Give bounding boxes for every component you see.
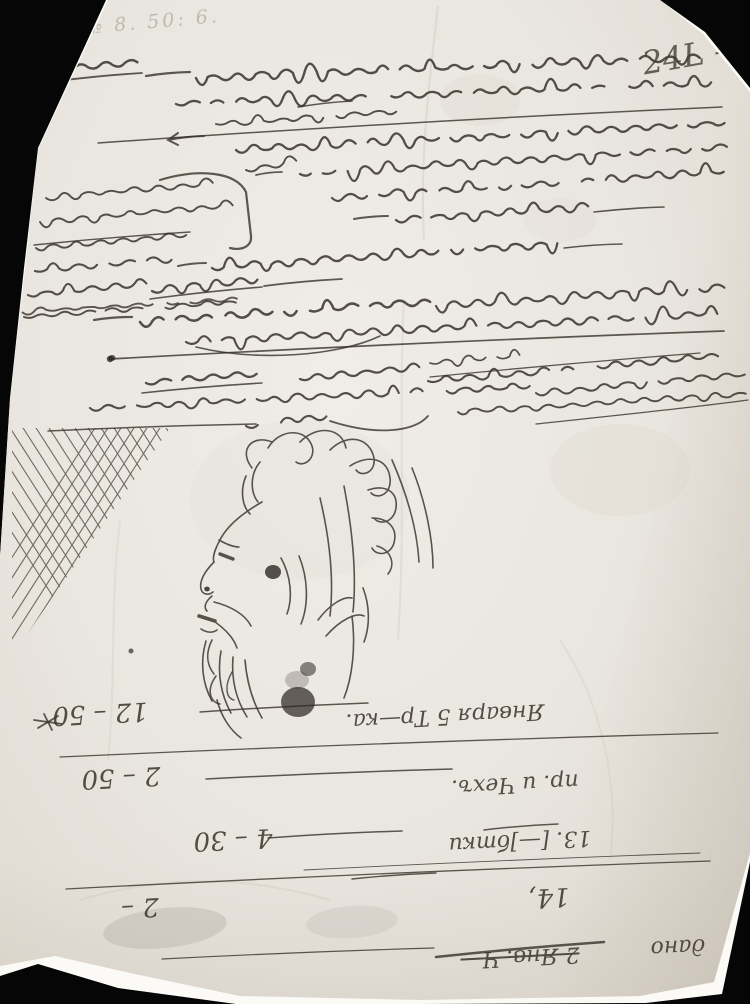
- stains-smudges: [101, 74, 690, 954]
- ledger-amount-4: 2 –: [120, 891, 159, 923]
- mustache: [209, 618, 237, 648]
- ledger-amount-2: 2 – 50: [81, 760, 162, 794]
- collar-stroke: [326, 615, 364, 636]
- manuscript-scan-svg: [0, 0, 750, 1004]
- beard: [217, 700, 241, 738]
- ledger-label-4: 14,: [528, 881, 571, 913]
- neck-line: [344, 616, 354, 698]
- upper-lip: [205, 596, 212, 611]
- shoulder-line: [412, 468, 433, 568]
- collar-stroke: [363, 588, 368, 642]
- chin-line: [208, 640, 214, 674]
- scanner-backdrop: № 8. 50: 6. 24L – 12 – 50 Января 5 Тр—ка…: [0, 0, 750, 1004]
- ledger-note-dano: дано: [650, 933, 706, 961]
- ledger-amount-3: 4 – 30: [193, 822, 274, 856]
- nostril-accent: [204, 587, 210, 592]
- collar-stroke: [318, 598, 352, 620]
- beard: [219, 651, 231, 713]
- ledger-amount-1: 12 – 50: [51, 696, 148, 731]
- lower-lip: [201, 629, 217, 632]
- manuscript-page: № 8. 50: 6. 24L – 12 – 50 Января 5 Тр—ка…: [0, 0, 750, 1004]
- mustache: [214, 602, 251, 626]
